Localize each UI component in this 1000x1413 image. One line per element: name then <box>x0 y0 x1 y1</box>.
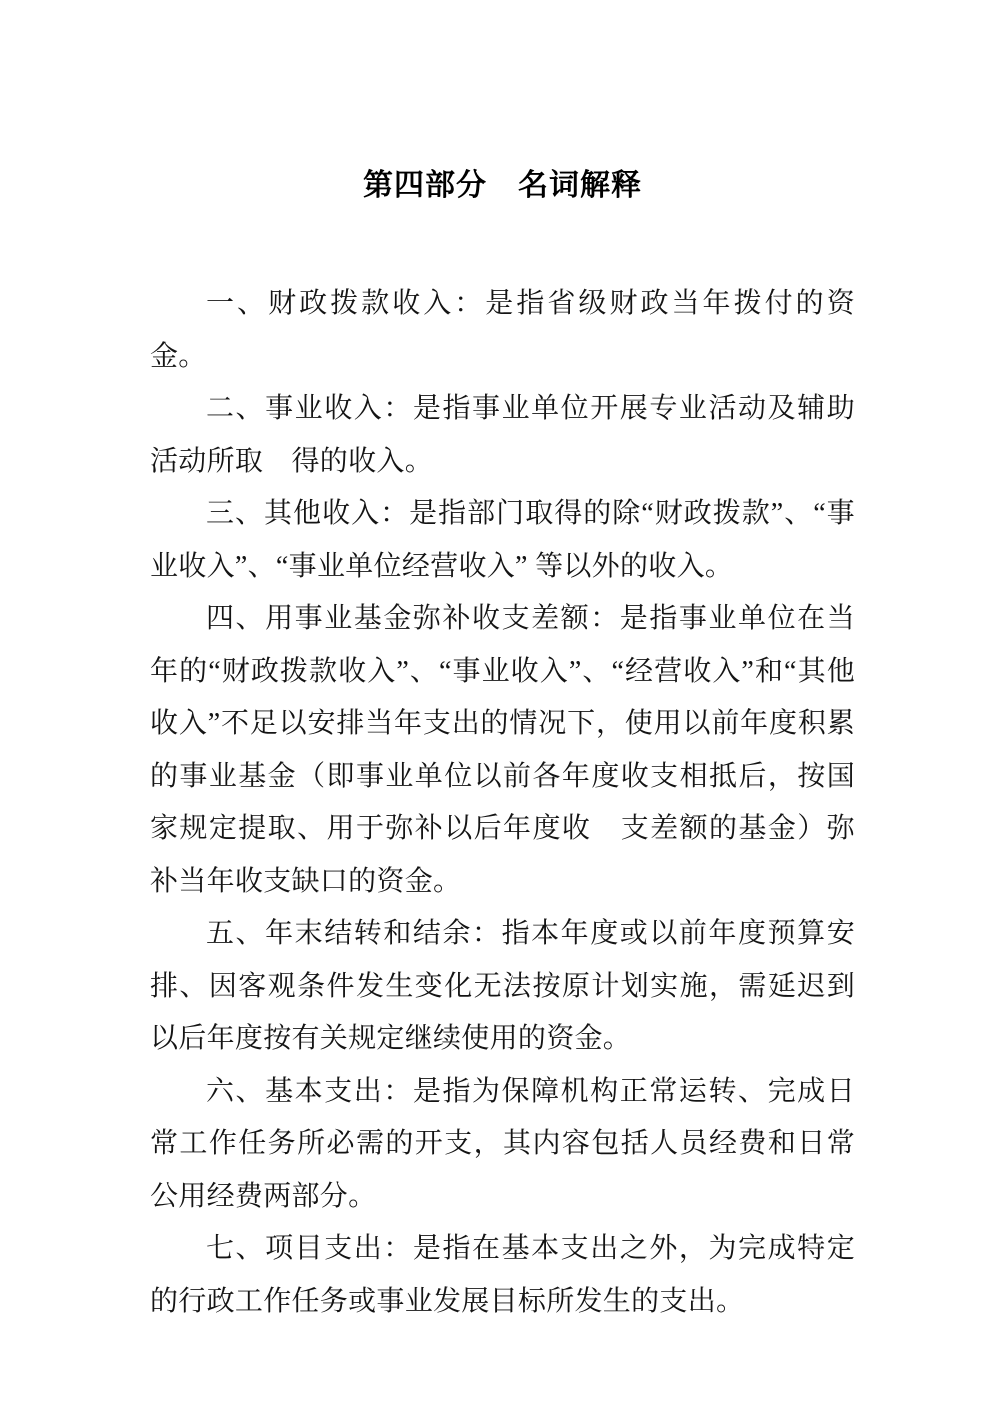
document-page: 第四部分 名词解释 一、财政拨款收入：是指省级财政当年拨付的资金。 二、事业收入… <box>0 0 1000 1413</box>
paragraph-fiscal-appropriation-income: 一、财政拨款收入：是指省级财政当年拨付的资金。 <box>150 278 855 383</box>
paragraph-fund-deficit-coverage: 四、用事业基金弥补收支差额：是指事业单位在当年的“财政拨款收入”、“事业收入”、… <box>150 593 855 908</box>
paragraph-basic-expenditure: 六、基本支出：是指为保障机构正常运转、完成日常工作任务所必需的开支，其内容包括人… <box>150 1066 855 1224</box>
paragraph-project-expenditure: 七、项目支出：是指在基本支出之外，为完成特定的行政工作任务或事业发展目标所发生的… <box>150 1223 855 1328</box>
paragraph-year-end-carryover: 五、年末结转和结余：指本年度或以前年度预算安排、因客观条件发生变化无法按原计划实… <box>150 908 855 1066</box>
paragraph-operating-income: 二、事业收入：是指事业单位开展专业活动及辅助活动所取 得的收入。 <box>150 383 855 488</box>
page-title: 第四部分 名词解释 <box>150 168 855 204</box>
paragraph-other-income: 三、其他收入：是指部门取得的除“财政拨款”、“事业收入”、“事业单位经营收入” … <box>150 488 855 593</box>
document-body: 一、财政拨款收入：是指省级财政当年拨付的资金。 二、事业收入：是指事业单位开展专… <box>150 278 855 1328</box>
